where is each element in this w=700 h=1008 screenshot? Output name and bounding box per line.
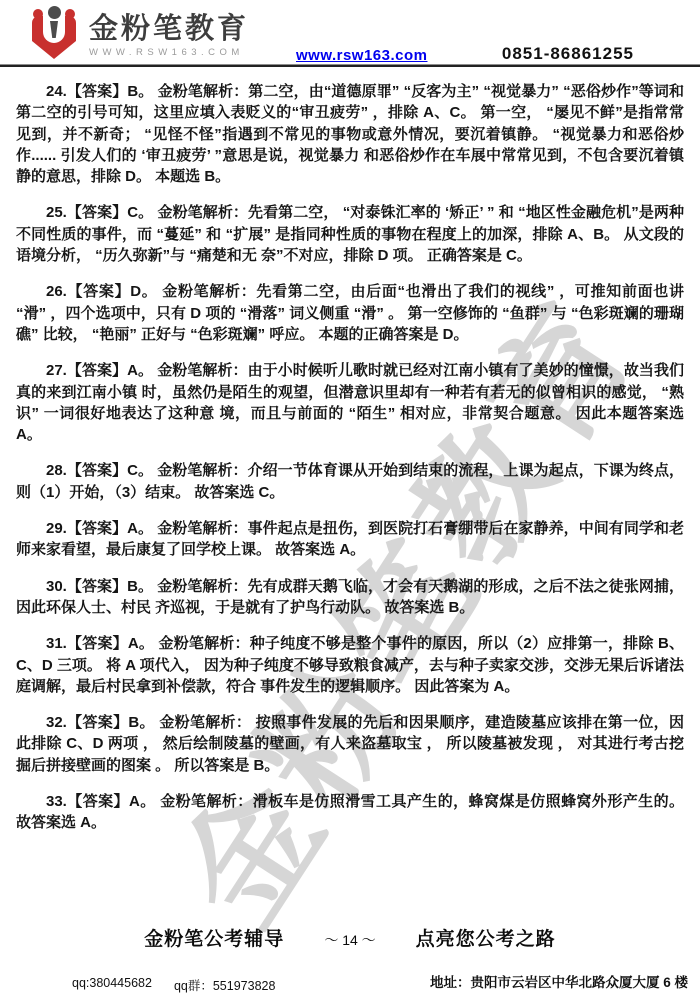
answer-paragraph-27: 27.【答案】A。 金粉笔解析：由于小时候听儿歌时就已经对江南小镇有了美妙的憧憬… xyxy=(16,360,684,445)
brand-url-caption: WWW.RSW163.COM xyxy=(89,47,249,58)
answer-paragraph-31: 31.【答案】A。 金粉笔解析：种子纯度不够是整个事件的原因，所以（2）应排第一… xyxy=(16,633,684,697)
footer-qq-line: qq:380445682 qq群：551973828 xyxy=(72,976,275,994)
brand-logo: 金粉笔教育 WWW.RSW163.COM xyxy=(28,5,249,61)
answer-paragraph-33: 33.【答案】A。 金粉笔解析：滑板车是仿照滑雪工具产生的，蜂窝煤是仿照蜂窝外形… xyxy=(16,791,684,834)
header-divider xyxy=(0,64,700,67)
footer-contact-row: qq:380445682 qq群：551973828 地址：贵阳市云岩区中华北路… xyxy=(0,971,700,994)
document-page: 金粉笔教育 金粉笔教育 WWW.RSW163.COM www.rsw163.co… xyxy=(0,0,700,1008)
footer-slogan: 点亮您公考之路 xyxy=(416,924,556,951)
brand-logo-text: 金粉笔教育 WWW.RSW163.COM xyxy=(89,5,249,58)
phone-number: 0851-86861255 xyxy=(502,44,634,64)
answers-section: 24.【答案】B。 金粉笔解析：第二空，由“道德原罪” “反客为主” “视觉暴力… xyxy=(16,81,684,834)
answer-paragraph-29: 29.【答案】A。 金粉笔解析：事件起点是扭伤，到医院打石膏绷带后在家静养，中间… xyxy=(16,518,684,561)
footer-qq: qq:380445682 xyxy=(72,976,152,994)
footer-address: 地址：贵阳市云岩区中华北路众厦大厦 6 楼 xyxy=(430,971,688,991)
answer-paragraph-32: 32.【答案】B。 金粉笔解析： 按照事件发展的先后和因果顺序，建造陵墓应该排在… xyxy=(16,712,684,776)
answer-paragraph-26: 26.【答案】D。 金粉笔解析：先看第二空，由后面“也滑出了我们的视线” ，可推… xyxy=(16,281,684,345)
answer-paragraph-30: 30.【答案】B。 金粉笔解析：先有成群天鹅飞临，才会有天鹅湖的形成，之后不法之… xyxy=(16,576,684,619)
footer-page-number: ～ 14 ～ xyxy=(324,930,375,950)
footer-qq-group: qq群：551973828 xyxy=(174,976,275,994)
page-header: 金粉笔教育 WWW.RSW163.COM www.rsw163.com 0851… xyxy=(0,0,700,64)
logo-person-head xyxy=(48,6,61,19)
brand-name: 金粉笔教育 xyxy=(89,14,249,44)
website-link[interactable]: www.rsw163.com xyxy=(296,47,428,64)
footer-brand: 金粉笔公考辅导 xyxy=(144,924,284,951)
answer-paragraph-24: 24.【答案】B。 金粉笔解析：第二空，由“道德原罪” “反客为主” “视觉暴力… xyxy=(16,81,684,187)
brand-logo-icon xyxy=(28,5,80,61)
answer-paragraph-25: 25.【答案】C。 金粉笔解析：先看第二空， “对泰铢汇率的 ‘矫正’ ” 和 … xyxy=(16,202,684,266)
footer-title-row: 金粉笔公考辅导 ～ 14 ～ 点亮您公考之路 xyxy=(0,924,700,951)
answer-paragraph-28: 28.【答案】C。 金粉笔解析：介绍一节体育课从开始到结束的流程，上课为起点，下… xyxy=(16,460,684,503)
